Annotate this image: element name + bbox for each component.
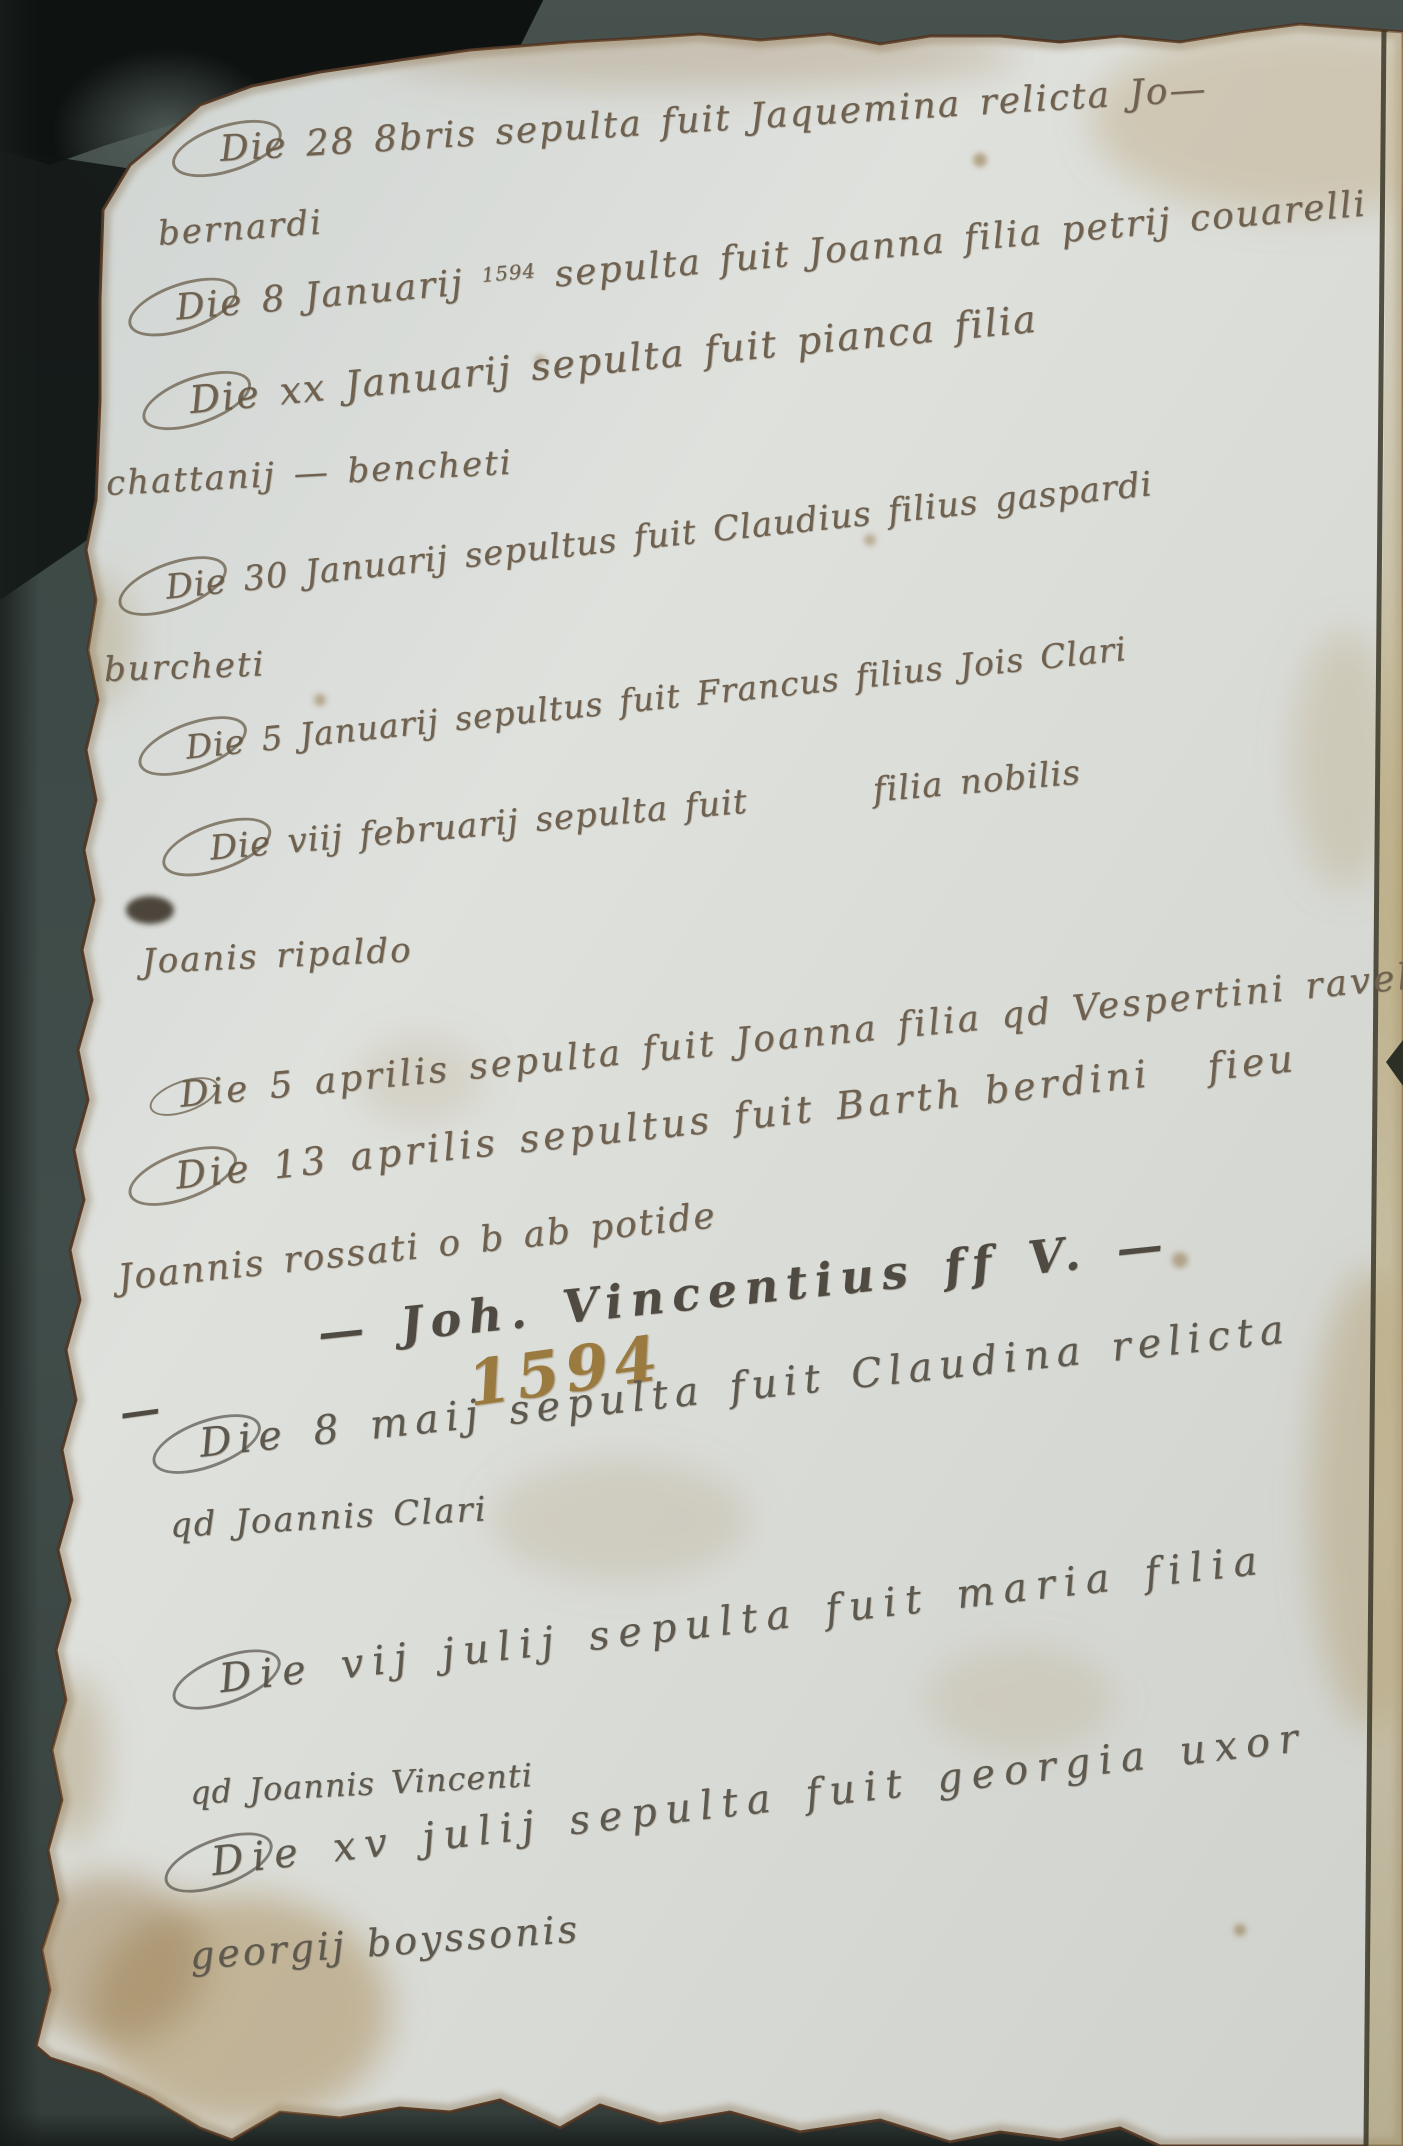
- burial-entry-4-line-2: burcheti: [103, 644, 266, 690]
- blank-space: [1151, 1080, 1209, 1086]
- blank-space: [748, 802, 874, 813]
- inline-year-note: 1594: [481, 259, 537, 287]
- ink-blot: [126, 896, 174, 924]
- photograph-of-register-page: Die 28 8bris sepulta fuit Jaquemina reli…: [0, 0, 1403, 2146]
